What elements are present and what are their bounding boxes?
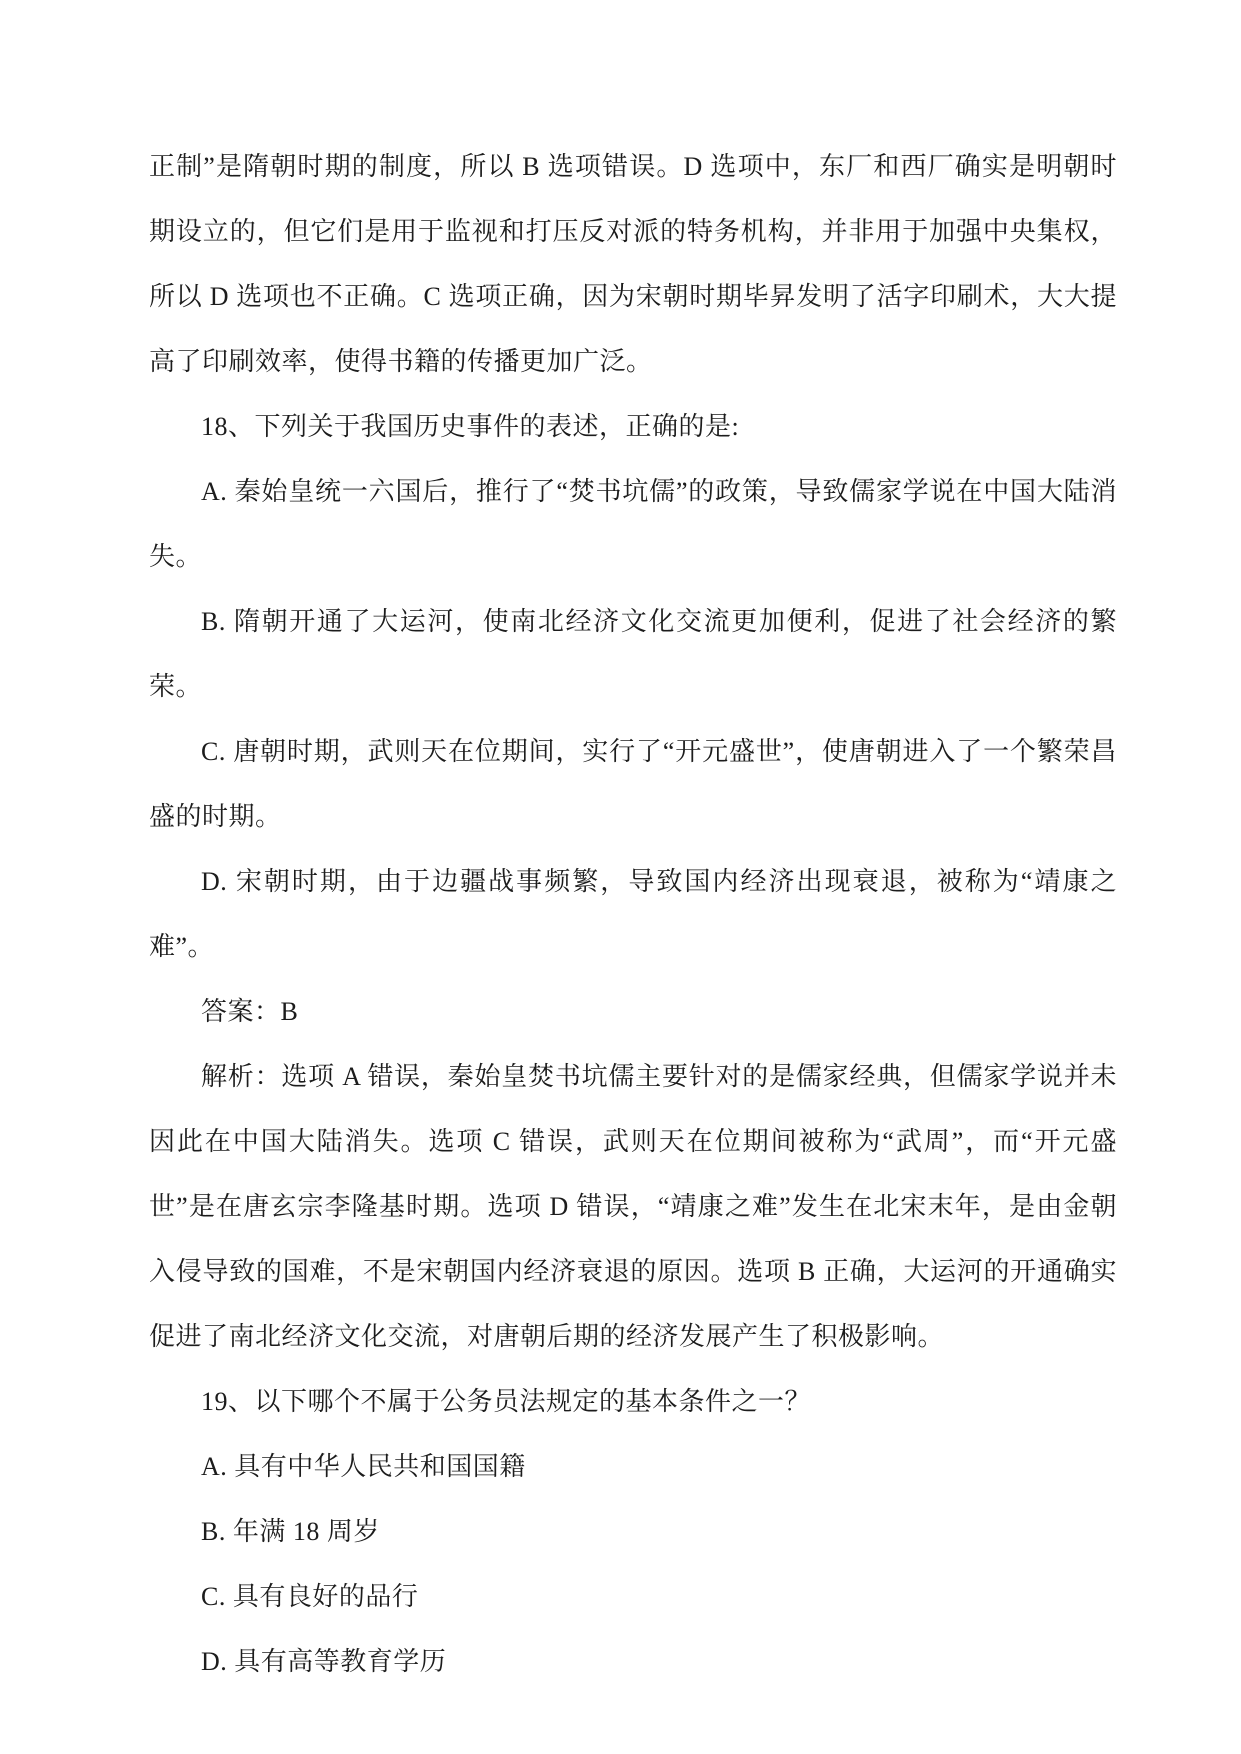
question-19-option-d: D. 具有高等教育学历 <box>149 1629 1117 1694</box>
question-18-answer: 答案：B <box>149 979 1117 1044</box>
question-19-option-a: A. 具有中华人民共和国国籍 <box>149 1434 1117 1499</box>
explanation-continuation-q17: 正制”是隋朝时期的制度，所以 B 选项错误。D 选项中，东厂和西厂确实是明朝时期… <box>149 134 1117 394</box>
document-text-body: 正制”是隋朝时期的制度，所以 B 选项错误。D 选项中，东厂和西厂确实是明朝时期… <box>149 134 1117 1694</box>
question-19-stem: 19、以下哪个不属于公务员法规定的基本条件之一？ <box>149 1369 1117 1434</box>
question-19-option-b: B. 年满 18 周岁 <box>149 1499 1117 1564</box>
question-18-option-c: C. 唐朝时期，武则天在位期间，实行了“开元盛世”，使唐朝进入了一个繁荣昌盛的时… <box>149 719 1117 849</box>
question-18-option-d: D. 宋朝时期，由于边疆战事频繁，导致国内经济出现衰退，被称为“靖康之难”。 <box>149 849 1117 979</box>
question-18-analysis: 解析：选项 A 错误，秦始皇焚书坑儒主要针对的是儒家经典，但儒家学说并未因此在中… <box>149 1044 1117 1369</box>
question-19-option-c: C. 具有良好的品行 <box>149 1564 1117 1629</box>
question-18-stem: 18、下列关于我国历史事件的表述，正确的是: <box>149 394 1117 459</box>
question-18-option-b: B. 隋朝开通了大运河，使南北经济文化交流更加便利，促进了社会经济的繁荣。 <box>149 589 1117 719</box>
question-18-option-a: A. 秦始皇统一六国后，推行了“焚书坑儒”的政策，导致儒家学说在中国大陆消失。 <box>149 459 1117 589</box>
document-page: 正制”是隋朝时期的制度，所以 B 选项错误。D 选项中，东厂和西厂确实是明朝时期… <box>0 0 1241 1754</box>
